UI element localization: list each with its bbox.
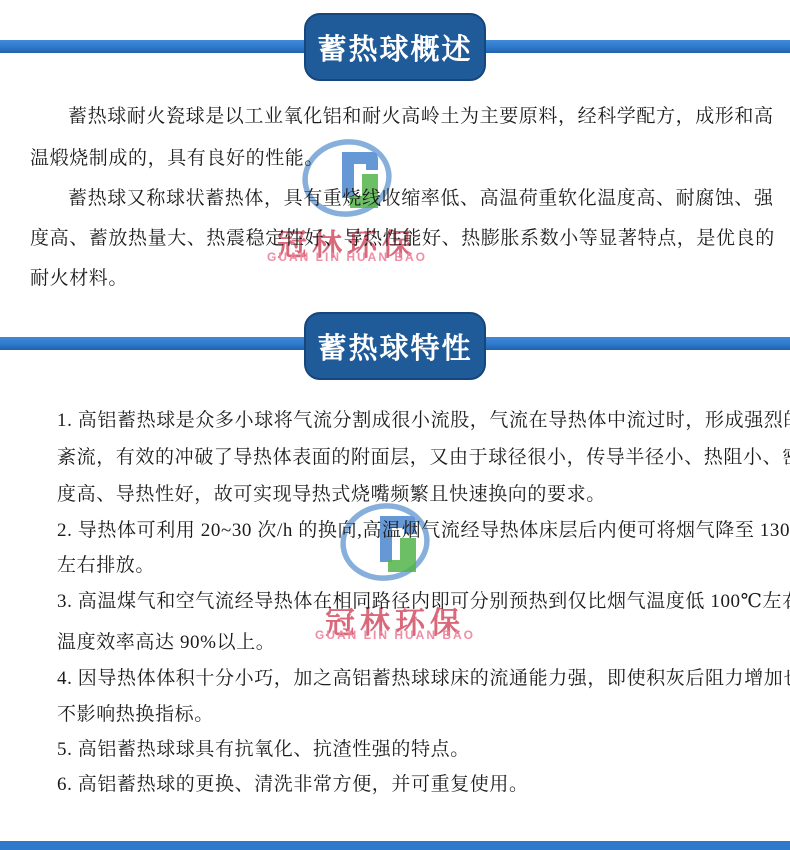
document-page: 蓄热球概述 冠林环保 GUAN LIN HUAN BAO 蓄热球耐火瓷球是以工业… [0, 0, 790, 850]
watermark-company-pinyin: GUAN LIN HUAN BAO [300, 628, 490, 642]
feature-line: 2. 导热体可利用 20~30 次/h 的换向,高温烟气流经导热体床层后内便可将… [57, 518, 790, 544]
section-title-badge-features: 蓄热球特性 [304, 312, 486, 380]
feature-line: 5. 高铝蓄热球球具有抗氧化、抗渣性强的特点。 [57, 737, 470, 763]
feature-line: 1. 高铝蓄热球是众多小球将气流分割成很小流股，气流在导热体中流过时，形成强烈的 [57, 408, 790, 434]
overview-line: 蓄热球又称球状蓄热体，具有重烧线收缩率低、高温荷重软化温度高、耐腐蚀、强 [30, 186, 774, 212]
feature-line: 3. 高温煤气和空气流经导热体在相同路径内即可分别预热到仅比烟气温度低 100℃… [57, 589, 790, 615]
feature-line: 4. 因导热体体积十分小巧，加之高铝蓄热球球床的流通能力强，即使积灰后阻力增加也 [57, 666, 790, 692]
feature-line: 6. 高铝蓄热球的更换、清洗非常方便，并可重复使用。 [57, 772, 529, 798]
section-title-features: 蓄热球特性 [317, 326, 472, 367]
overview-line: 度高、蓄放热量大、热震稳定性好、导热性能好、热膨胀系数小等显著特点，是优良的 [30, 226, 775, 252]
feature-line: 不影响热换指标。 [57, 702, 214, 728]
feature-line: 度高、导热性好，故可实现导热式烧嘴频繁且快速换向的要求。 [57, 482, 606, 508]
section-divider-bar-bottom [0, 841, 790, 850]
watermark-company-pinyin: GUAN LIN HUAN BAO [262, 250, 432, 264]
overview-line: 耐火材料。 [30, 266, 128, 292]
feature-line: 左右排放。 [57, 553, 155, 579]
section-title-overview: 蓄热球概述 [317, 27, 472, 68]
feature-line: 温度效率高达 90%以上。 [57, 630, 275, 656]
overview-line: 蓄热球耐火瓷球是以工业氧化铝和耐火高岭土为主要原料，经科学配方，成形和高 [30, 104, 774, 130]
section-title-badge-overview: 蓄热球概述 [304, 13, 486, 81]
feature-line: 紊流，有效的冲破了导热体表面的附面层，又由于球径很小，传导半径小、热阻小、密 [57, 445, 790, 471]
overview-line: 温煅烧制成的，具有良好的性能。 [30, 146, 324, 172]
